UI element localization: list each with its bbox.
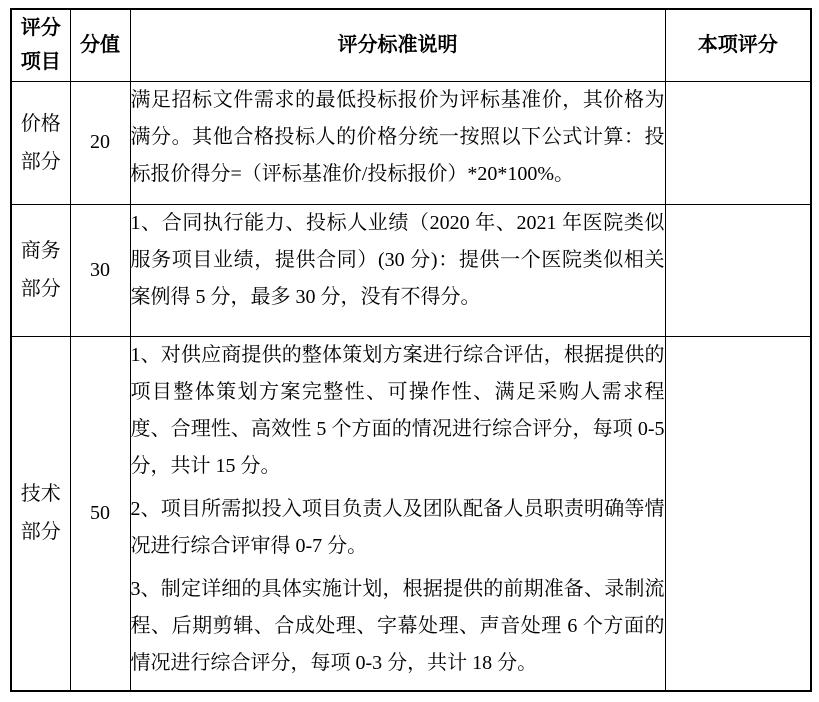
item-criteria-business: 1、合同执行能力、投标人业绩（2020 年、2021 年医院类似服务项目业绩，提…	[130, 204, 665, 336]
item-name-price: 价格部分	[11, 81, 70, 204]
evaluation-criteria-table: 评分项目 分值 评分标准说明 本项评分 价格部分 20 满足招标文件需求的最低投…	[10, 8, 812, 692]
item-criteria-technical: 1、对供应商提供的整体策划方案进行综合评估，根据提供的项目整体策划方案完整性、可…	[130, 336, 665, 691]
criteria-paragraph: 1、对供应商提供的整体策划方案进行综合评估，根据提供的项目整体策划方案完整性、可…	[131, 337, 665, 485]
criteria-paragraph: 满足招标文件需求的最低投标报价为评标基准价，其价格为满分。其他合格投标人的价格分…	[131, 82, 665, 193]
column-header-score: 分值	[70, 9, 130, 81]
table-row-price: 价格部分 20 满足招标文件需求的最低投标报价为评标基准价，其价格为满分。其他合…	[11, 81, 811, 204]
item-name-technical: 技术部分	[11, 336, 70, 691]
item-rating-technical	[665, 336, 811, 691]
item-criteria-price: 满足招标文件需求的最低投标报价为评标基准价，其价格为满分。其他合格投标人的价格分…	[130, 81, 665, 204]
item-score-business: 30	[70, 204, 130, 336]
column-header-item: 评分项目	[11, 9, 70, 81]
item-rating-price	[665, 81, 811, 204]
table-row-business: 商务部分 30 1、合同执行能力、投标人业绩（2020 年、2021 年医院类似…	[11, 204, 811, 336]
document-page: 评分项目 分值 评分标准说明 本项评分 价格部分 20 满足招标文件需求的最低投…	[0, 0, 819, 702]
criteria-paragraph: 3、制定详细的具体实施计划，根据提供的前期准备、录制流程、后期剪辑、合成处理、字…	[131, 571, 665, 682]
item-rating-business	[665, 204, 811, 336]
item-name-business: 商务部分	[11, 204, 70, 336]
table-header-row: 评分项目 分值 评分标准说明 本项评分	[11, 9, 811, 81]
item-score-price: 20	[70, 81, 130, 204]
table-row-technical: 技术部分 50 1、对供应商提供的整体策划方案进行综合评估，根据提供的项目整体策…	[11, 336, 811, 691]
item-score-technical: 50	[70, 336, 130, 691]
criteria-paragraph: 2、项目所需拟投入项目负责人及团队配备人员职责明确等情况进行综合评审得 0-7 …	[131, 491, 665, 565]
column-header-criteria: 评分标准说明	[130, 9, 665, 81]
column-header-rating: 本项评分	[665, 9, 811, 81]
criteria-paragraph: 1、合同执行能力、投标人业绩（2020 年、2021 年医院类似服务项目业绩，提…	[131, 205, 665, 316]
